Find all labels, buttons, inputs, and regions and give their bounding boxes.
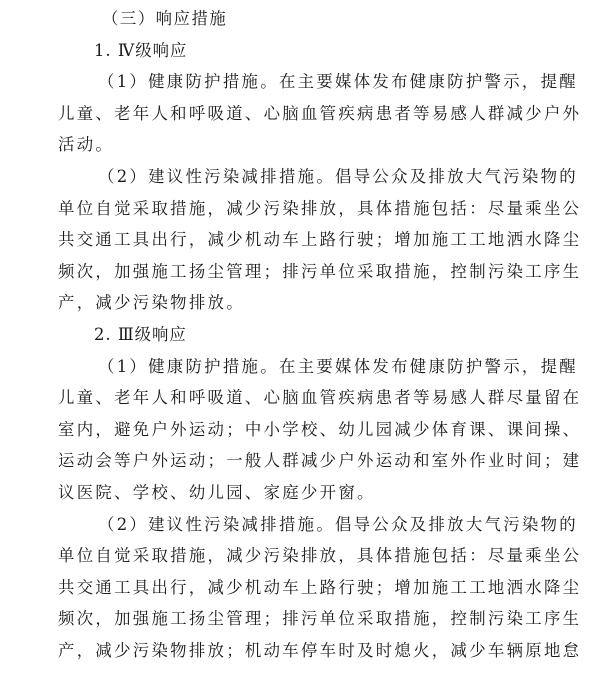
paragraph-line: 频次，加强施工扬尘管理；排污单位采取措施，控制污染工序生 [58, 603, 554, 635]
subsection-heading-level-3: 2. Ⅲ级响应 [58, 319, 554, 351]
paragraph-line: 共交通工具出行，减少机动车上路行驶；增加施工工地洒水降尘 [58, 224, 554, 256]
paragraph-line: （2）建议性污染减排措施。倡导公众及排放大气污染物的 [58, 161, 554, 193]
paragraph-emission-reduction-level-3: （2）建议性污染减排措施。倡导公众及排放大气污染物的 单位自觉采取措施，减少污染… [58, 509, 554, 667]
paragraph-line: 共交通工具出行，减少机动车上路行驶；增加施工工地洒水降尘 [58, 572, 554, 604]
paragraph-health-protection-level-4: （1）健康防护措施。在主要媒体发布健康防护警示，提醒 儿童、老年人和呼吸道、心脑… [58, 66, 554, 161]
paragraph-line: 儿童、老年人和呼吸道、心脑血管疾病患者等易感人群尽量留在 [58, 382, 554, 414]
subsection-heading-level-4: 1. Ⅳ级响应 [58, 35, 554, 67]
paragraph-line: 单位自觉采取措施，减少污染排放，具体措施包括：尽量乘坐公 [58, 540, 554, 572]
paragraph-line: （1）健康防护措施。在主要媒体发布健康防护警示，提醒 [58, 66, 554, 98]
paragraph-line: 议医院、学校、幼儿园、家庭少开窗。 [58, 477, 554, 509]
paragraph-line: 儿童、老年人和呼吸道、心脑血管疾病患者等易感人群减少户外 [58, 98, 554, 130]
paragraph-line: （1）健康防护措施。在主要媒体发布健康防护警示，提醒 [58, 351, 554, 383]
paragraph-line: 活动。 [58, 129, 554, 161]
paragraph-line: 产，减少污染物排放。 [58, 287, 554, 319]
paragraph-health-protection-level-3: （1）健康防护措施。在主要媒体发布健康防护警示，提醒 儿童、老年人和呼吸道、心脑… [58, 351, 554, 509]
paragraph-line: 单位自觉采取措施，减少污染排放，具体措施包括：尽量乘坐公 [58, 193, 554, 225]
paragraph-emission-reduction-level-4: （2）建议性污染减排措施。倡导公众及排放大气污染物的 单位自觉采取措施，减少污染… [58, 161, 554, 319]
paragraph-line: 频次，加强施工扬尘管理；排污单位采取措施，控制污染工序生 [58, 256, 554, 288]
paragraph-line: 室内，避免户外运动；中小学校、幼儿园减少体育课、课间操、 [58, 414, 554, 446]
paragraph-line: 产，减少污染物排放；机动车停车时及时熄火，减少车辆原地怠 [58, 635, 554, 667]
document-page: （三）响应措施 1. Ⅳ级响应 （1）健康防护措施。在主要媒体发布健康防护警示，… [58, 3, 554, 666]
section-heading: （三）响应措施 [58, 3, 554, 35]
paragraph-line: （2）建议性污染减排措施。倡导公众及排放大气污染物的 [58, 509, 554, 541]
paragraph-line: 运动会等户外运动；一般人群减少户外运动和室外作业时间；建 [58, 445, 554, 477]
